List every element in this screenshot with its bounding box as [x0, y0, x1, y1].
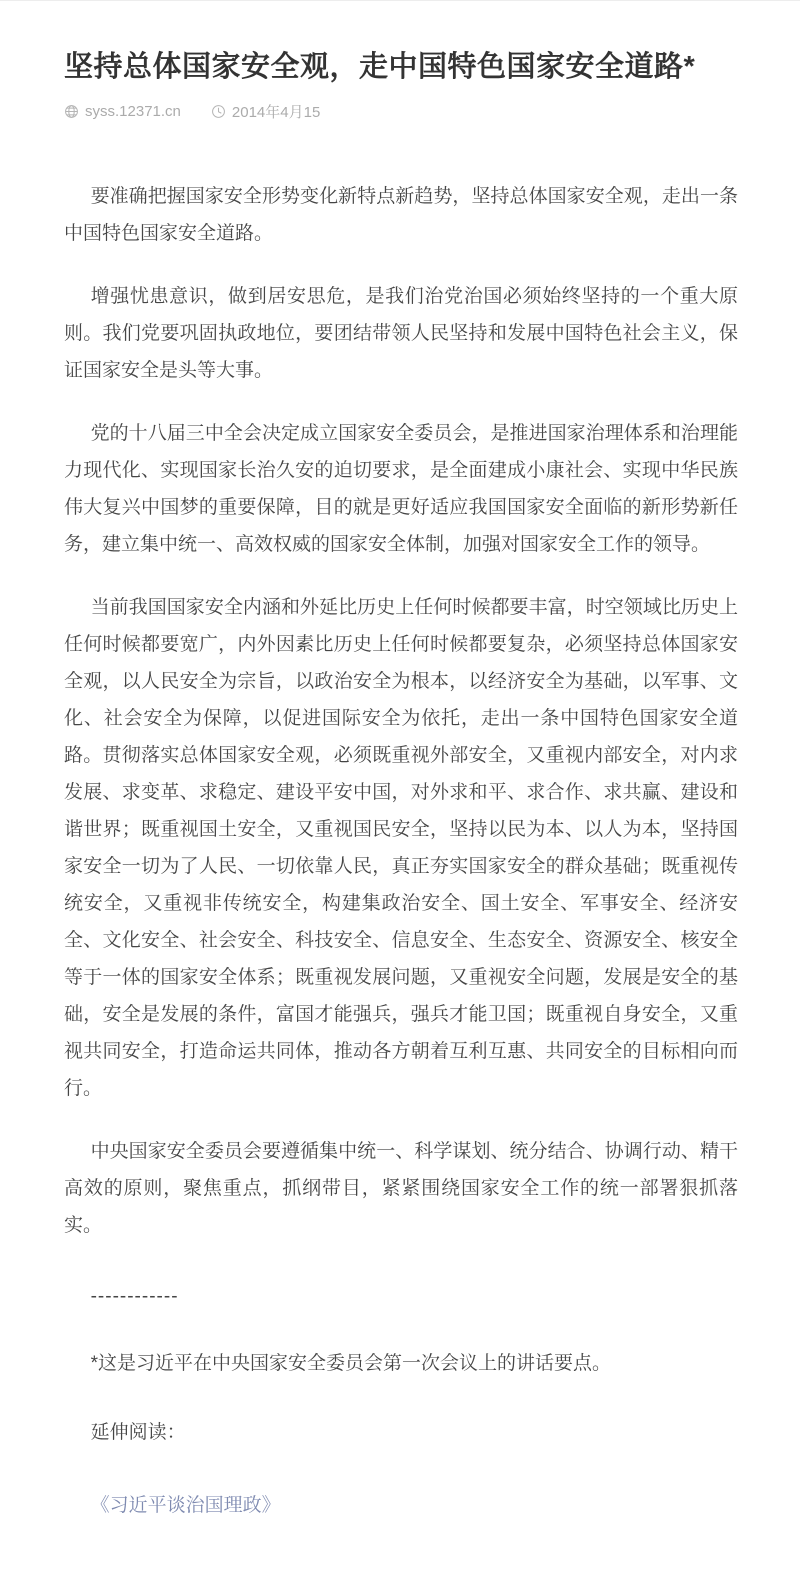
- paragraph-2: 增强忧患意识，做到居安思危，是我们治党治国必须始终坚持的一个重大原则。我们党要巩…: [64, 278, 738, 389]
- footnote: *这是习近平在中央国家安全委员会第一次会议上的讲话要点。: [64, 1345, 738, 1382]
- clock-icon: [211, 104, 226, 119]
- article-body: 要准确把握国家安全形势变化新特点新趋势，坚持总体国家安全观，走出一条中国特色国家…: [64, 178, 738, 1524]
- source-item: syss.12371.cn: [64, 103, 181, 120]
- source-text: syss.12371.cn: [85, 103, 181, 120]
- paragraph-4: 当前我国国家安全内涵和外延比历史上任何时候都要丰富，时空领域比历史上任何时候都要…: [64, 589, 738, 1107]
- paragraph-1: 要准确把握国家安全形势变化新特点新趋势，坚持总体国家安全观，走出一条中国特色国家…: [64, 178, 738, 252]
- extended-reading-link[interactable]: 《习近平谈治国理政》: [91, 1495, 281, 1516]
- article-page: 坚持总体国家安全观，走中国特色国家安全道路* syss.12371.cn 201…: [0, 47, 800, 1594]
- date-item: 2014年4月15: [211, 101, 320, 122]
- extended-reading-label: 延伸阅读：: [64, 1414, 738, 1451]
- globe-icon: [64, 104, 79, 119]
- paragraph-5: 中央国家安全委员会要遵循集中统一、科学谋划、统分结合、协调行动、精干高效的原则，…: [64, 1133, 738, 1244]
- article-meta: syss.12371.cn 2014年4月15: [64, 101, 738, 122]
- article-title: 坚持总体国家安全观，走中国特色国家安全道路*: [64, 47, 738, 87]
- paragraph-3: 党的十八届三中全会决定成立国家安全委员会，是推进国家治理体系和治理能力现代化、实…: [64, 415, 738, 563]
- date-text: 2014年4月15: [232, 101, 320, 122]
- divider-dashes: ------------: [64, 1278, 738, 1315]
